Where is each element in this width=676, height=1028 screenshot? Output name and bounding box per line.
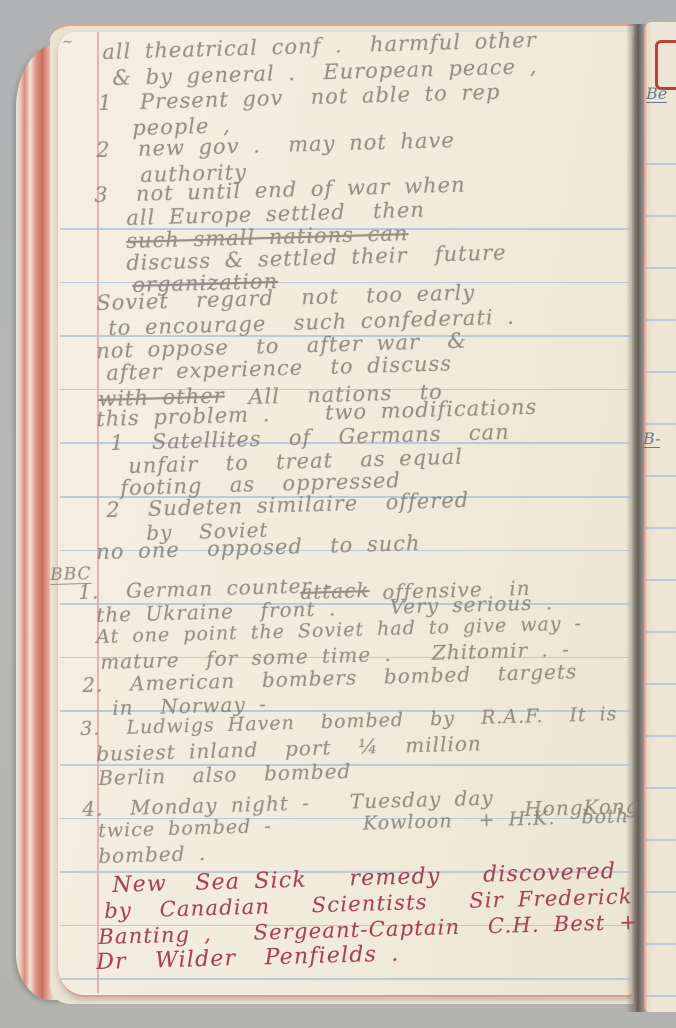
pencil-line: Berlin also bombed (98, 761, 352, 788)
ruled-line (60, 978, 632, 980)
ruled-line (646, 423, 676, 425)
pencil-line: bombed . (98, 843, 206, 866)
pencil-line: ~ (62, 36, 74, 49)
ruled-line (646, 527, 676, 529)
ruled-line (646, 371, 676, 373)
ruled-line (646, 475, 676, 477)
page-gutter-shadow (626, 24, 646, 1012)
notebook-scan: Be B- ~all theatrical conf . harmful oth… (0, 0, 676, 1028)
ruled-line (646, 163, 676, 165)
facing-page-lower-label: B- (643, 431, 660, 448)
ruled-line (646, 839, 676, 841)
ruled-line (646, 267, 676, 269)
ruled-line (646, 943, 676, 945)
ruled-line (646, 579, 676, 581)
ruled-line (646, 631, 676, 633)
ruled-line (646, 215, 676, 217)
facing-page-top-label: Be (646, 86, 667, 103)
facing-page-sliver (644, 22, 676, 1012)
ruled-line (646, 735, 676, 737)
ruled-line (646, 891, 676, 893)
ruled-line (646, 683, 676, 685)
ruled-line (646, 787, 676, 789)
ruled-line (646, 995, 676, 997)
ruled-line (646, 319, 676, 321)
red-stamp-rectangle (655, 40, 676, 90)
